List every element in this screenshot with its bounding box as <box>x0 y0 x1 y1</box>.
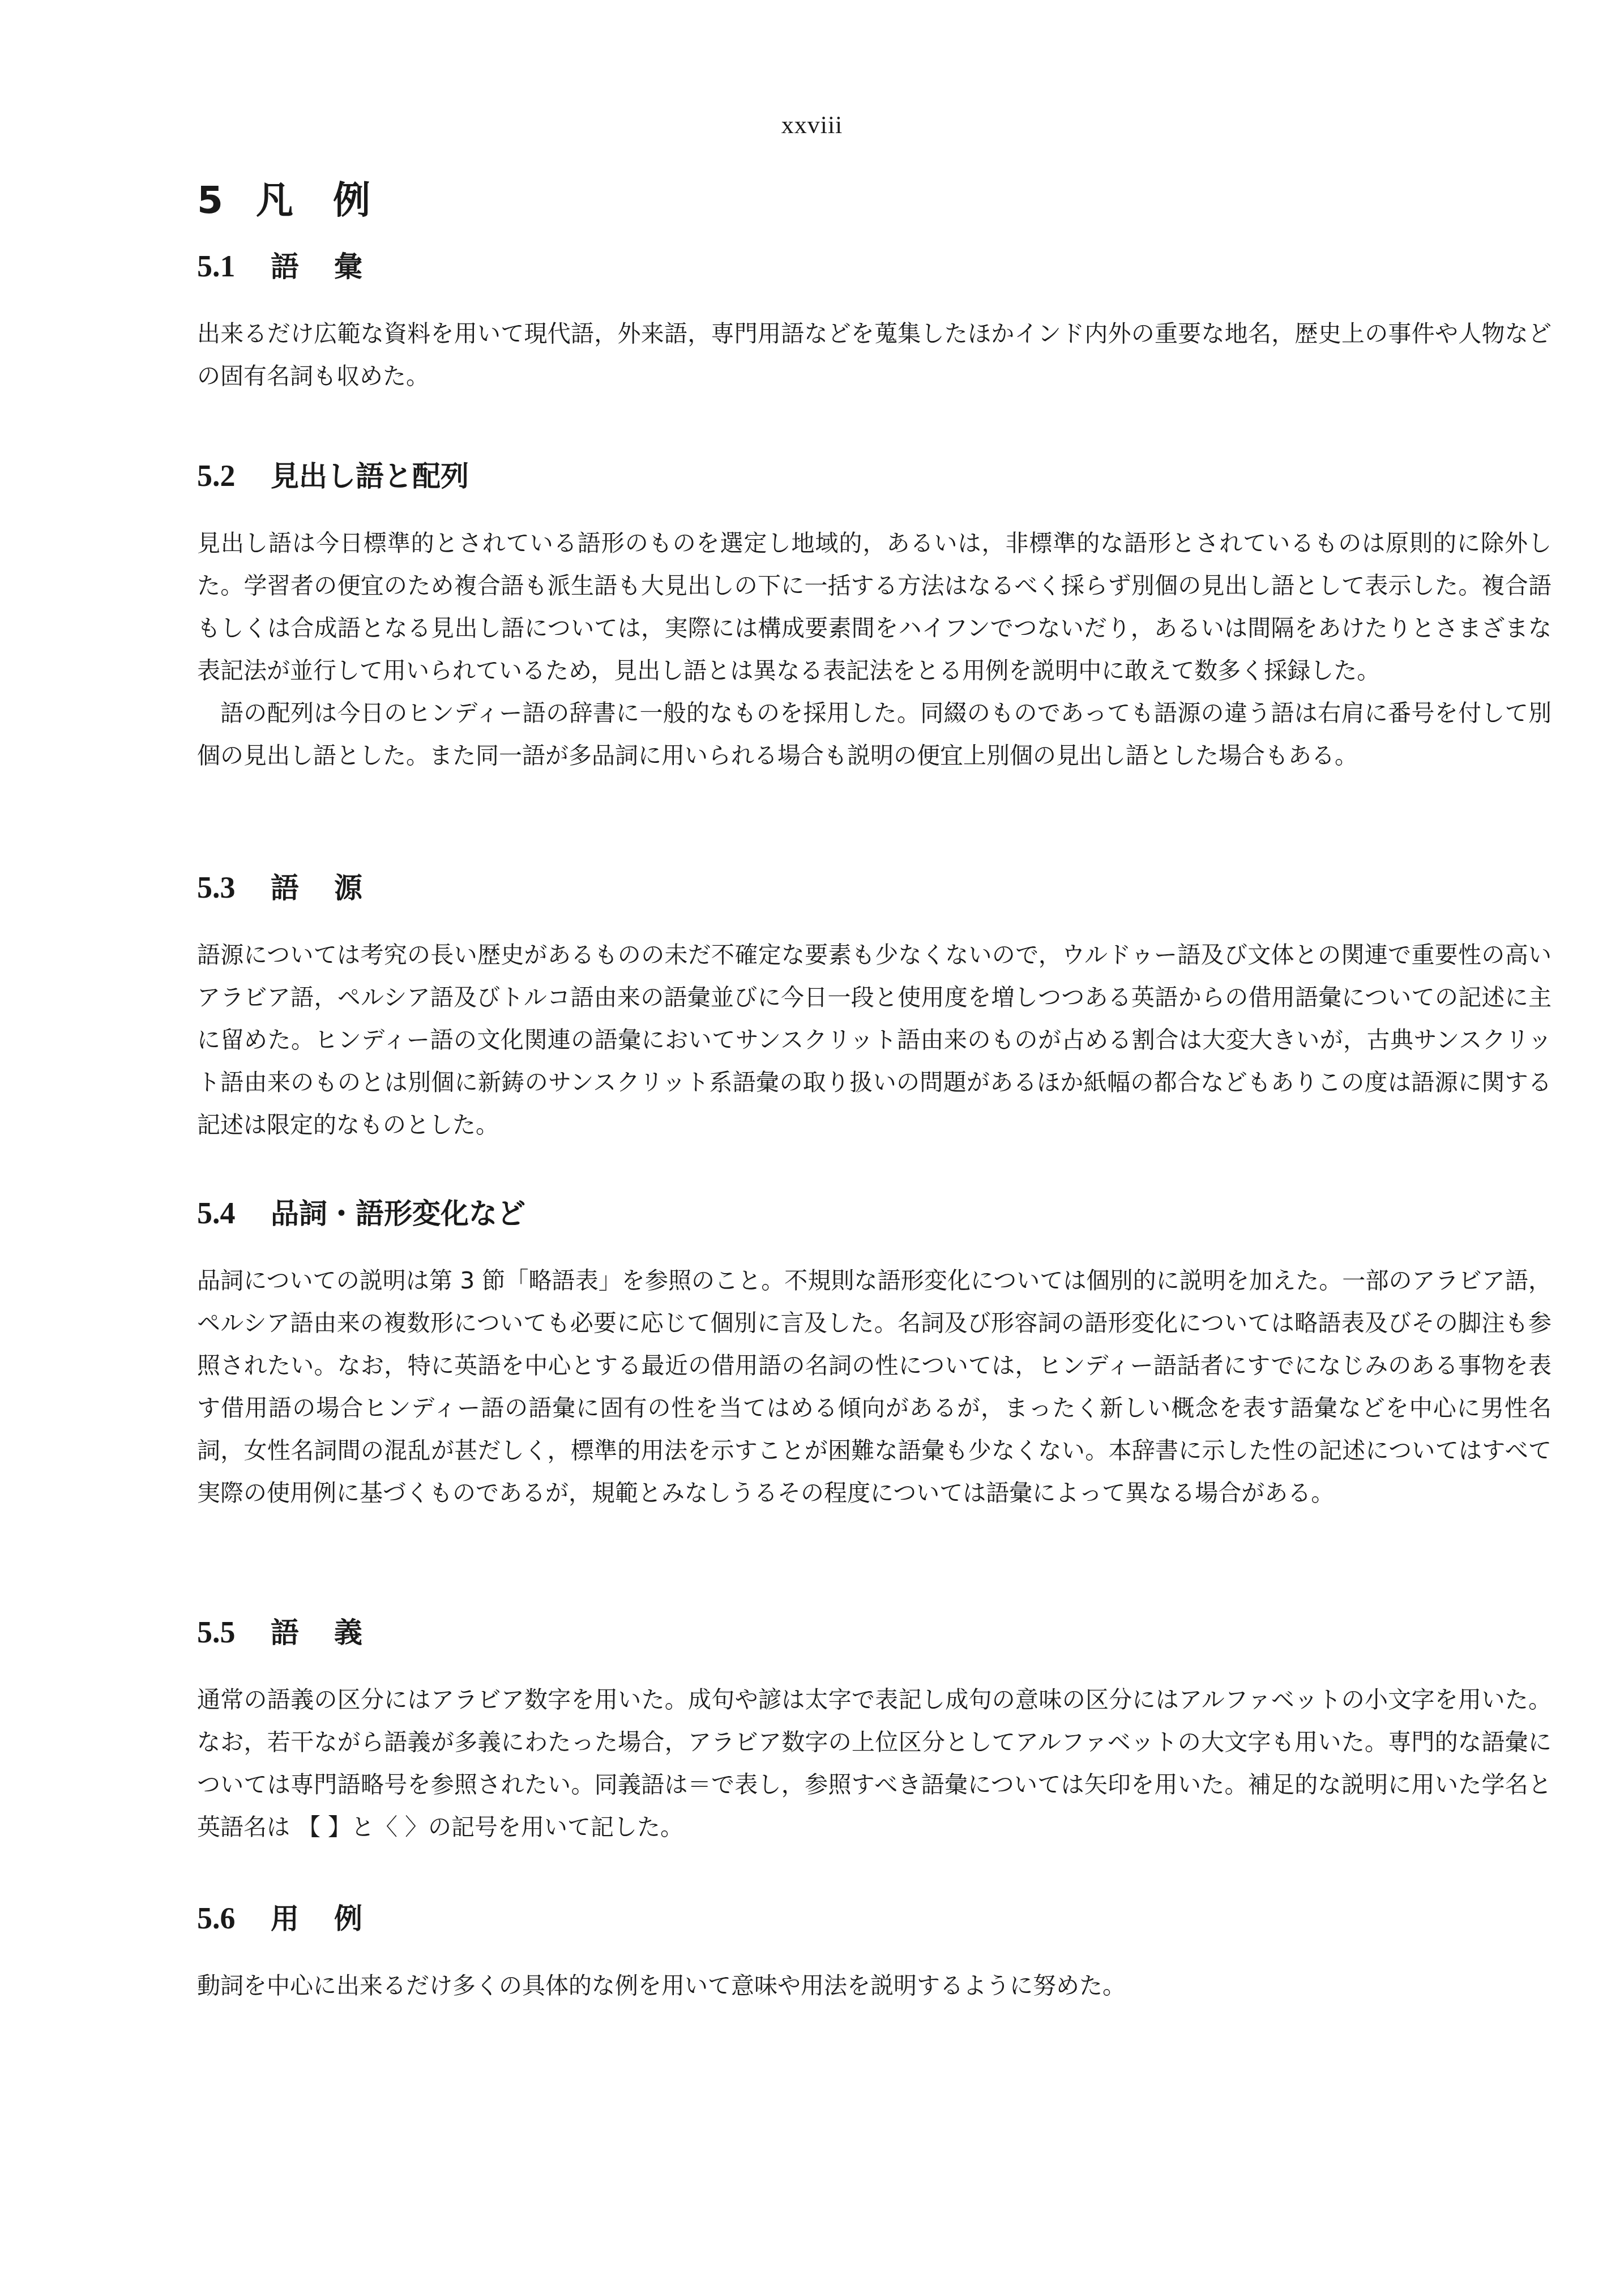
section-title: 語義 <box>271 1616 398 1649</box>
section-5-3: 5.3語源 語源については考究の長い歴史があるものの未だ不確定な要素も少なくない… <box>197 865 1556 1146</box>
section-paragraph: 語の配列は今日のヒンディー語の辞書に一般的なものを採用した。同綴のものであっても… <box>197 692 1552 777</box>
section-paragraph: 動詞を中心に出来るだけ多くの具体的な例を用いて意味や用法を説明するように努めた。 <box>197 1965 1552 2007</box>
section-paragraph: 出来るだけ広範な資料を用いて現代語，外来語，専門用語などを蒐集したほかインド内外… <box>197 313 1552 398</box>
section-5-4: 5.4品詞・語形変化など 品詞についての説明は第 3 節「略語表」を参照のこと。… <box>197 1190 1556 1514</box>
section-5-2: 5.2見出し語と配列 見出し語は今日標準的とされている語形のものを選定し地域的，… <box>197 453 1556 777</box>
section-paragraph: 語源については考究の長い歴史があるものの未だ不確定な要素も少なくないので，ウルド… <box>197 934 1552 1146</box>
section-heading: 5.1語彙 <box>197 244 1556 289</box>
section-5-5: 5.5語義 通常の語義の区分にはアラビア数字を用いた。成句や諺は太字で表記し成句… <box>197 1610 1556 1849</box>
page-number: xxviii <box>0 110 1624 139</box>
section-paragraph: 品詞についての説明は第 3 節「略語表」を参照のこと。不規則な語形変化については… <box>197 1260 1552 1514</box>
section-number: 5.4 <box>197 1190 271 1236</box>
section-heading: 5.4品詞・語形変化など <box>197 1190 1556 1236</box>
section-title: 見出し語と配列 <box>271 460 469 493</box>
section-title: 用例 <box>271 1902 398 1935</box>
section-heading: 5.2見出し語と配列 <box>197 453 1556 498</box>
section-heading: 5.6用例 <box>197 1896 1556 1941</box>
section-paragraph: 見出し語は今日標準的とされている語形のものを選定し地域的，あるいは，非標準的な語… <box>197 522 1552 692</box>
section-number: 5.6 <box>197 1896 271 1941</box>
section-title: 語彙 <box>271 250 398 283</box>
section-5-1: 5.1語彙 出来るだけ広範な資料を用いて現代語，外来語，専門用語などを蒐集したほ… <box>197 244 1556 398</box>
chapter-title-char-2: 例 <box>333 178 370 222</box>
section-title: 品詞・語形変化など <box>271 1197 525 1230</box>
section-heading: 5.5語義 <box>197 1610 1556 1655</box>
section-paragraph: 通常の語義の区分にはアラビア数字を用いた。成句や諺は太字で表記し成句の意味の区分… <box>197 1679 1552 1849</box>
chapter-number: 5 <box>197 178 223 222</box>
section-title: 語源 <box>271 872 398 904</box>
section-number: 5.5 <box>197 1610 271 1655</box>
chapter-title: 5凡例 <box>197 170 370 224</box>
section-5-6: 5.6用例 動詞を中心に出来るだけ多くの具体的な例を用いて意味や用法を説明するよ… <box>197 1896 1556 2007</box>
section-number: 5.3 <box>197 865 271 910</box>
chapter-title-char-1: 凡 <box>256 178 293 222</box>
section-number: 5.2 <box>197 453 271 498</box>
section-number: 5.1 <box>197 244 271 289</box>
section-heading: 5.3語源 <box>197 865 1556 910</box>
